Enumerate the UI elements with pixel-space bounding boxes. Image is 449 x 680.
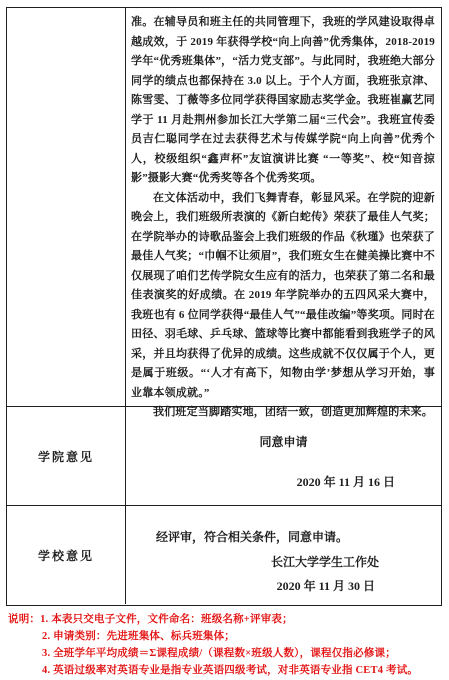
school-approval-text: 经评审，符合相关条件，同意申请。 bbox=[156, 528, 348, 545]
footnote-line-1: 说明：1. 本表只交电子文件，文件命名：班级名称+评审表； bbox=[8, 611, 446, 628]
achievements-paragraph-2: 在文体活动中，我们飞舞青春，彰显风采。在学院的迎新晚会上，我们班级所表演的《新白… bbox=[131, 189, 435, 404]
school-opinion-row: 学校意见 经评审，符合相关条件，同意申请。 长江大学学生工作处 2020 年 1… bbox=[7, 505, 441, 604]
school-approval-date: 2020 年 11 月 30 日 bbox=[277, 577, 375, 594]
achievements-label-cell-empty bbox=[7, 8, 126, 423]
college-approval-date: 2020 年 11 月 16 日 bbox=[297, 473, 395, 490]
college-opinion-label: 学院意见 bbox=[7, 407, 126, 505]
achievements-row: 准。在辅导员和班主任的共同管理下，我班的学风建设取得卓越成效，于 2019 年获… bbox=[7, 8, 441, 406]
footnote-item-4: 4. 英语过级率对英语专业是指专业英语四级考试，对非英语专业指 CET4 考试。 bbox=[8, 662, 446, 679]
achievements-text-cell: 准。在辅导员和班主任的共同管理下，我班的学风建设取得卓越成效，于 2019 年获… bbox=[126, 8, 441, 423]
form-footnotes: 说明：1. 本表只交电子文件，文件命名：班级名称+评审表； 2. 申请类别：先进… bbox=[8, 611, 446, 679]
class-review-form-table: 准。在辅导员和班主任的共同管理下，我班的学风建设取得卓越成效，于 2019 年获… bbox=[6, 7, 442, 606]
footnote-item-1: 1. 本表只交电子文件，文件命名：班级名称+评审表； bbox=[40, 614, 293, 625]
college-opinion-row: 学院意见 同意申请 2020 年 11 月 16 日 bbox=[7, 406, 441, 505]
footnote-item-3: 3. 全班学年平均成绩＝Σ课程成绩/（课程数×班级人数），课程仅指必修课； bbox=[8, 645, 446, 662]
school-signer: 长江大学学生工作处 bbox=[271, 553, 379, 570]
footnote-prefix: 说明： bbox=[8, 614, 40, 625]
college-approval-text: 同意申请 bbox=[126, 433, 441, 450]
school-opinion-cell: 经评审，符合相关条件，同意申请。 长江大学学生工作处 2020 年 11 月 3… bbox=[126, 506, 441, 604]
college-opinion-cell: 同意申请 2020 年 11 月 16 日 bbox=[126, 407, 441, 505]
achievements-paragraph-1: 准。在辅导员和班主任的共同管理下，我班的学风建设取得卓越成效，于 2019 年获… bbox=[131, 13, 435, 189]
school-opinion-label: 学校意见 bbox=[7, 506, 126, 604]
footnote-item-2: 2. 申请类别：先进班集体、标兵班集体； bbox=[8, 628, 446, 645]
scanned-form-page: 准。在辅导员和班主任的共同管理下，我班的学风建设取得卓越成效，于 2019 年获… bbox=[0, 0, 449, 680]
